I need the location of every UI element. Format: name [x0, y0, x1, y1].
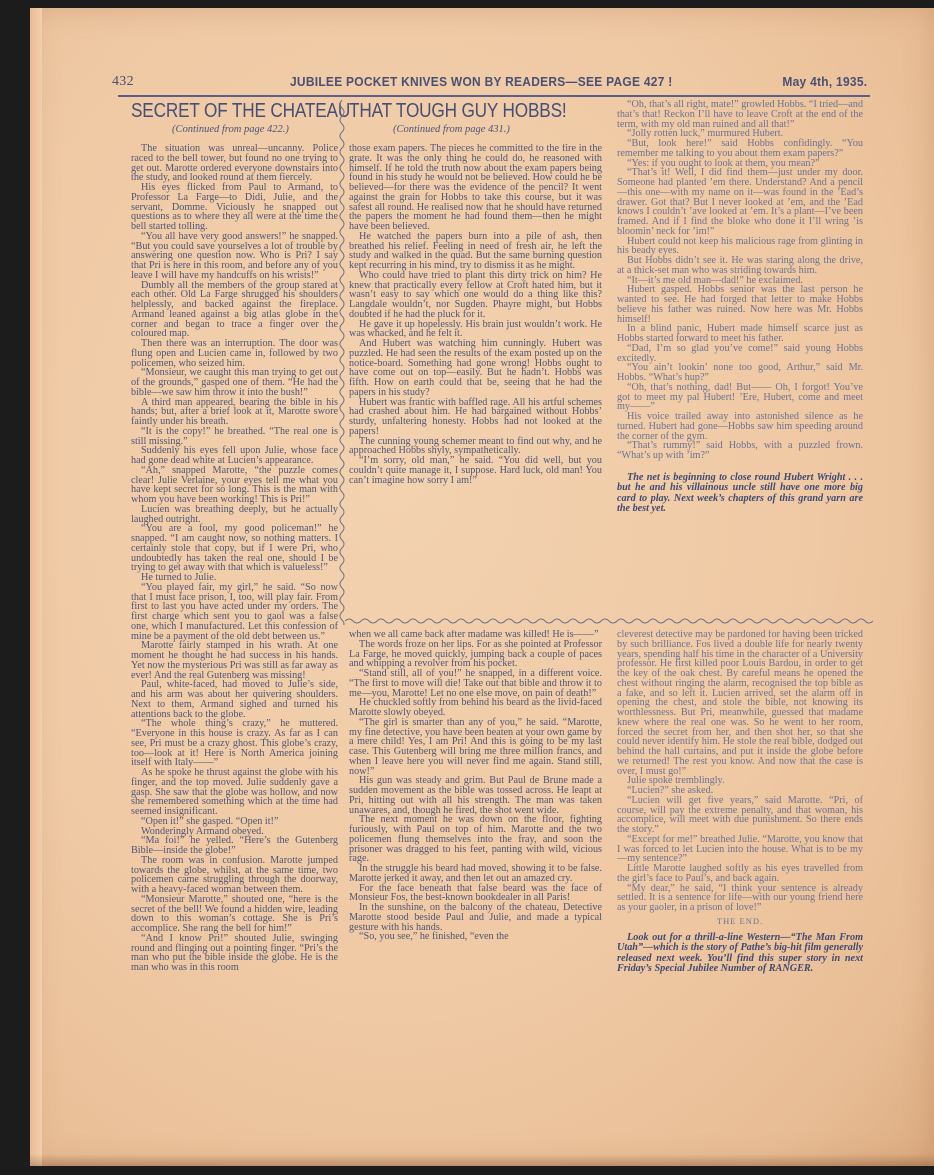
article-paragraph: “Except for me!” breathed Julie. “Marott… — [617, 835, 863, 864]
article-paragraph: Hubert gasped. Hobbs senior was the last… — [617, 285, 863, 324]
article-paragraph: Then there was an interruption. The door… — [131, 339, 338, 368]
article-paragraph: “The girl is smarter than any of you,” h… — [349, 718, 602, 777]
article-paragraph: The room was in confusion. Marotte jumpe… — [131, 856, 338, 895]
article-paragraph: “You ain’t lookin’ none too good, Arthur… — [617, 363, 863, 383]
article-paragraph: “But, look here!” said Hobbs confidingly… — [617, 139, 863, 159]
article-paragraph: The next moment he was down on the floor… — [349, 815, 602, 864]
article-paragraph: His voice trailed away into astonished s… — [617, 412, 863, 441]
header-slogan: JUBILEE POCKET KNIVES WON BY READERS—SEE… — [290, 74, 672, 89]
article-paragraph: “It is the copy!” he breathed. “The real… — [131, 427, 338, 447]
promo-notice: Look out for a thrill-a-line Western—“Th… — [617, 933, 863, 975]
article-paragraph: Little Marotte laughed softly as his eye… — [617, 864, 863, 884]
article-paragraph: Paul, white-faced, had moved to Julie’s … — [131, 680, 338, 719]
page-header: 432 JUBILEE POCKET KNIVES WON BY READERS… — [112, 74, 867, 94]
article-paragraph: “Oh, that’s nothing, dad! But—— Oh, I fo… — [617, 383, 863, 412]
chateau-column-middle-continued: when we all came back after madame was k… — [349, 630, 602, 1110]
article-paragraph: The situation was unreal—uncanny. Police… — [131, 144, 338, 183]
article-paragraph: He gave it up hopelessly. His brain just… — [349, 320, 602, 340]
article-paragraph: “You are a fool, my good policeman!” he … — [131, 524, 338, 573]
article-paragraph: “Stand still, all of you!” he snapped, i… — [349, 669, 602, 698]
hobbs-column-middle: those exam papers. The pieces he committ… — [349, 144, 602, 609]
article-paragraph: He watched the papers burn into a pile o… — [349, 232, 602, 271]
chateau-title: SECRET OF THE CHATEAU — [131, 100, 350, 123]
article-paragraph: Who could have tried to plant this dirty… — [349, 271, 602, 320]
article-paragraph: Suddenly his eyes fell upon Julie, whose… — [131, 446, 338, 466]
article-paragraph: A third man appeared, bearing the bible … — [131, 398, 338, 427]
article-paragraph: “That’s it! Well, I did find them—just u… — [617, 168, 863, 236]
article-paragraph: “You all have very good answers!” he sna… — [131, 232, 338, 281]
article-paragraph: cleverest detective may be pardoned for … — [617, 630, 863, 776]
article-paragraph: “The whole thing’s crazy,” he muttered. … — [131, 719, 338, 768]
next-week-teaser: The net is beginning to close round Hube… — [617, 473, 863, 515]
article-paragraph: “Dad, I’m so glad you’ve come!” said you… — [617, 344, 863, 364]
article-paragraph: “That’s rummy!” said Hobbs, with a puzzl… — [617, 441, 863, 461]
article-paragraph: Hubert could not keep his malicious rage… — [617, 237, 863, 257]
article-paragraph: For the face beneath that false beard wa… — [349, 884, 602, 904]
hobbs-subtitle: (Continued from page 431.) — [393, 124, 510, 135]
article-paragraph: “And I know Pri!” shouted Julie, swingin… — [131, 934, 338, 973]
article-paragraph: He chuckled softly from behind his beard… — [349, 698, 602, 718]
article-paragraph: His gun was steady and grim. But Paul de… — [349, 776, 602, 815]
issue-date: May 4th, 1935. — [782, 74, 867, 89]
horizontal-wavy-divider — [345, 616, 873, 626]
article-paragraph: In a blind panic, Hubert made himself sc… — [617, 324, 863, 344]
article-paragraph: “My dear,” he said, “I think your senten… — [617, 884, 863, 913]
article-paragraph: In the sunshine, on the balcony of the c… — [349, 903, 602, 932]
article-paragraph: In the struggle his beard had moved, sho… — [349, 864, 602, 884]
chateau-column-right-continued: cleverest detective may be pardoned for … — [617, 630, 863, 1110]
hobbs-title: THAT TOUGH GUY HOBBS! — [349, 100, 566, 123]
chateau-column-left: The situation was unreal—uncanny. Police… — [131, 144, 338, 1109]
article-paragraph: Lucien was breathing deeply, but he actu… — [131, 505, 338, 525]
article-paragraph: Marotte fairly stamped in his wrath. At … — [131, 641, 338, 680]
article-paragraph: those exam papers. The pieces he committ… — [349, 144, 602, 232]
article-paragraph: As he spoke he thrust against the globe … — [131, 768, 338, 817]
chateau-subtitle: (Continued from page 422.) — [172, 124, 289, 135]
article-paragraph: “You played fair, my girl,” he said. “So… — [131, 583, 338, 642]
article-paragraph: “Ah,” snapped Marotte, “the puzzle comes… — [131, 466, 338, 505]
page-number: 432 — [112, 74, 134, 90]
article-paragraph: “So, you see,” he finished, “even the — [349, 932, 602, 942]
article-paragraph: “Oh, that’s all right, mate!” growled Ho… — [617, 100, 863, 129]
article-paragraph: The cunning young schemer meant to find … — [349, 437, 602, 457]
vertical-wavy-divider — [337, 100, 347, 625]
article-paragraph: “Lucien will get five years,” said Marot… — [617, 796, 863, 835]
article-paragraph: Dumbly all the members of the group star… — [131, 281, 338, 340]
article-paragraph: His eyes flicked from Paul to Armand, to… — [131, 183, 338, 232]
article-paragraph: “I’m sorry, old man,” he said. “You did … — [349, 456, 602, 485]
article-paragraph: “Monsieur, we caught this man trying to … — [131, 368, 338, 397]
article-paragraph: Hubert was frantic with baffled rage. Al… — [349, 398, 602, 437]
article-paragraph: “Monsieur Marotte,” shouted one, “here i… — [131, 895, 338, 934]
the-end-mark: THE END. — [617, 917, 863, 927]
article-paragraph: But Hobbs didn’t see it. He was staring … — [617, 256, 863, 276]
hobbs-column-right: “Oh, that’s all right, mate!” growled Ho… — [617, 100, 863, 610]
article-paragraph: “Ma foi!” he yelled. “Here’s the Gutenbe… — [131, 836, 338, 856]
header-rule — [118, 95, 870, 97]
article-paragraph: The words froze on her lips. For as she … — [349, 640, 602, 669]
article-paragraph: And Hubert was watching him cunningly. H… — [349, 339, 602, 398]
